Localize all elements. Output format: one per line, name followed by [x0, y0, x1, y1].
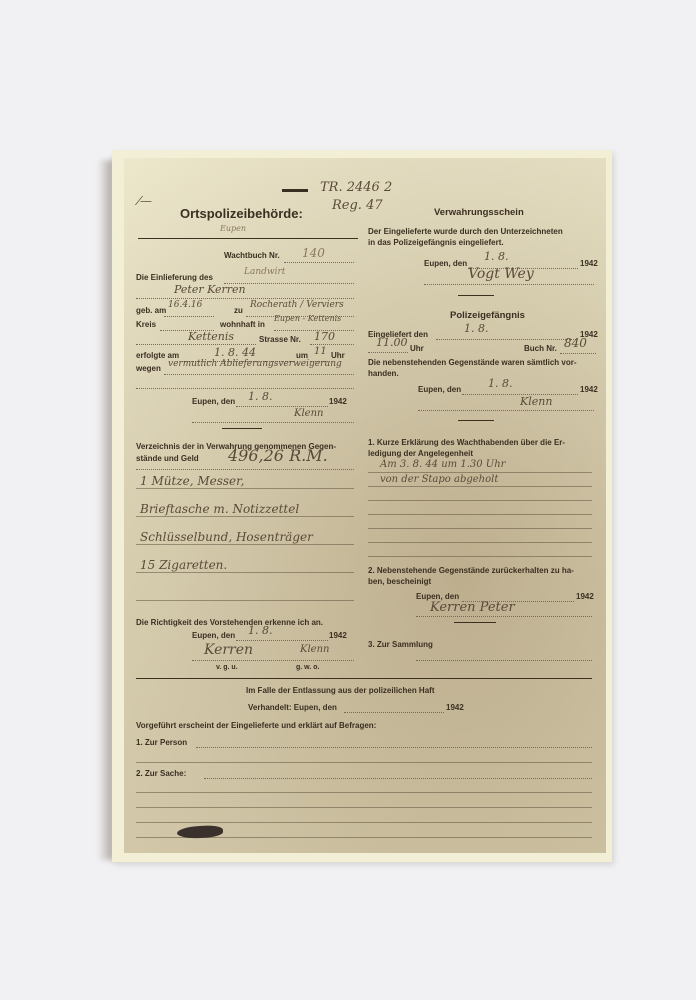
signature-left: Klenn	[294, 408, 323, 419]
verzeichnis-label-2: stände und Geld	[136, 454, 199, 463]
item-3: Schlüsselbund, Hosenträger	[140, 530, 313, 544]
signature-prisoner: Kerren	[204, 642, 253, 658]
zu-label: zu	[234, 306, 243, 315]
date2-value: 1. 8.	[488, 377, 513, 390]
wegen-value: vermutlich Ablieferungsverweigerung	[168, 359, 342, 369]
buch-label: Buch Nr.	[524, 344, 557, 353]
right-divider-2	[458, 420, 494, 421]
verhandelt-label: Verhandelt: Eupen, den	[248, 703, 337, 712]
section-divider	[222, 428, 262, 429]
erklaerung-line-1: Am 3. 8. 44 um 1.30 Uhr	[380, 459, 505, 470]
header-dash	[282, 189, 308, 192]
zurueck-signature: Kerren Peter	[430, 600, 515, 615]
sache-label: 2. Zur Sache:	[136, 769, 186, 778]
zurueck-year: 1942	[576, 592, 594, 601]
header-underline	[138, 238, 358, 239]
eupen-date-label: Eupen, den	[192, 397, 235, 406]
eingeliefert-value: 1. 8.	[464, 322, 489, 335]
signature-officer: Klenn	[300, 644, 329, 655]
strasse-label: Strasse Nr.	[259, 335, 301, 344]
archive-ref-2: Reg. 47	[332, 198, 383, 213]
bottom-title: Im Falle der Entlassung aus der polizeil…	[246, 686, 435, 695]
erklaerung-line-2: von der Stapo abgeholt	[380, 474, 498, 485]
prisoner-name: Peter Kerren	[174, 283, 246, 296]
eupen-date-value: 1. 8.	[248, 390, 273, 403]
verwahrungsschein-text-2: in das Polizeigefängnis eingeliefert.	[368, 238, 504, 247]
year-label: 1942	[329, 397, 347, 406]
uhr-value: 11.00	[376, 336, 408, 349]
einlieferung-value: Landwirt	[244, 267, 285, 277]
gegenstaende-text-1: Die nebenstehenden Gegenstände waren säm…	[368, 358, 577, 367]
richtigkeit-date-label: Eupen, den	[192, 631, 235, 640]
um-value: 11	[314, 346, 327, 357]
wohnhaft-label: wohnhaft in	[220, 320, 265, 329]
item-2: Brieftasche m. Notizzettel	[140, 502, 299, 516]
erklaerung-label-2: ledigung der Angelegenheit	[368, 449, 473, 458]
verhandelt-year: 1942	[446, 703, 464, 712]
sammlung-label: 3. Zur Sammlung	[368, 640, 433, 649]
right-divider-1	[458, 295, 494, 296]
verwahrungsschein-text-1: Der Eingelieferte wurde durch den Unterz…	[368, 227, 563, 236]
verwahrungsschein-title: Verwahrungsschein	[434, 207, 524, 218]
erklaerung-label-1: 1. Kurze Erklärung des Wachthabenden übe…	[368, 438, 565, 447]
printed-form: ⁄— Ortspolizeibehörde: Eupen TR. 2446 2 …	[124, 158, 606, 853]
authority-value: Eupen	[220, 224, 246, 233]
right-uhr-label: Uhr	[410, 344, 424, 353]
document-paper: ⁄— Ortspolizeibehörde: Eupen TR. 2446 2 …	[112, 150, 612, 862]
gefaengnis-title: Polizeigefängnis	[450, 310, 525, 321]
zurueck-label-2: ben, bescheinigt	[368, 577, 431, 586]
zu-value: Rocherath / Verviers	[250, 300, 344, 310]
bottom-divider	[136, 678, 592, 679]
wegen-label: wegen	[136, 364, 161, 373]
vgu-label: v. g. u.	[216, 664, 238, 671]
gwo-label: g. w. o.	[296, 664, 319, 671]
right-divider-3	[454, 622, 496, 623]
buch-value: 840	[564, 336, 587, 350]
authority-title: Ortspolizeibehörde:	[180, 206, 303, 221]
wohnhaft-value: Eupen - Kettenis	[274, 314, 341, 323]
strasse-value: 170	[314, 330, 335, 343]
item-1: 1 Mütze, Messer,	[140, 474, 244, 488]
gegenstaende-text-2: handen.	[368, 369, 399, 378]
date2-year: 1942	[580, 385, 598, 394]
richtigkeit-date-value: 1. 8.	[248, 624, 273, 637]
geb-value: 16.4.16	[168, 300, 202, 310]
verwahrung-date-label: Eupen, den	[424, 259, 467, 268]
einlieferung-label: Die Einlieferung des	[136, 273, 213, 282]
richtigkeit-year: 1942	[329, 631, 347, 640]
vorgefuehrt-text: Vorgeführt erscheint der Eingelieferte u…	[136, 721, 376, 730]
street-value: Kettenis	[188, 330, 234, 343]
signature-right-2: Klenn	[520, 395, 552, 408]
item-4: 15 Zigaretten.	[140, 558, 227, 572]
erfolgte-value: 1. 8. 44	[214, 346, 256, 359]
verwahrung-date-value: 1. 8.	[484, 250, 509, 263]
kreis-label: Kreis	[136, 320, 156, 329]
date2-label: Eupen, den	[418, 385, 461, 394]
archive-ref-1: TR. 2446 2	[320, 180, 392, 195]
zurueck-label-1: 2. Nebenstehende Gegenstände zurückerhal…	[368, 566, 574, 575]
verwahrung-year: 1942	[580, 259, 598, 268]
person-label: 1. Zur Person	[136, 738, 187, 747]
verwahrung-signature: Vogt Wey	[468, 266, 534, 282]
wachtbuch-value: 140	[302, 246, 325, 260]
money-value: 496,26 R.M.	[228, 446, 328, 465]
geb-label: geb. am	[136, 306, 166, 315]
pencil-mark: ⁄—	[138, 194, 152, 208]
richtigkeit-label: Die Richtigkeit des Vorstehenden erkenne…	[136, 618, 323, 627]
wachtbuch-label: Wachtbuch Nr.	[224, 251, 280, 260]
